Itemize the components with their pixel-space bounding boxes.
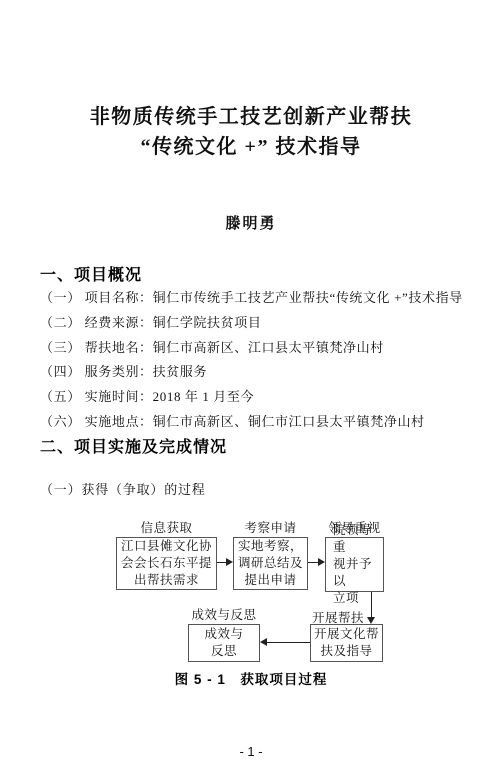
overview-item: （三） 帮扶地名：铜仁市高新区、江口县太平镇梵净山村 — [40, 336, 476, 361]
overview-item: （五） 实施时间：2018 年 1 月至今 — [40, 385, 476, 410]
arrow-right-icon — [318, 558, 325, 566]
author-name: 滕明勇 — [0, 212, 502, 233]
arrow-line-3 — [266, 642, 310, 643]
overview-item: （四） 服务类别：扶贫服务 — [40, 360, 476, 385]
arrow-left-icon — [260, 638, 267, 646]
document-page: 非物质传统手工技艺创新产业帮扶 “传统文化 +” 技术指导 滕明勇 一、项目概况… — [0, 0, 502, 779]
flowchart-label-results-reflection: 成效与反思 — [188, 605, 260, 623]
flowchart-node-carry-out-assistance: 开展文化帮 扶及指导 — [310, 624, 383, 662]
flowchart-node-inspection-application: 实地考察， 调研总结及 提出申请 — [233, 537, 308, 590]
section-2-heading: 二、项目实施及完成情况 — [40, 434, 227, 457]
figure-caption: 图 5 - 1 获取项目过程 — [0, 668, 502, 688]
flowchart-label-info-acquisition: 信息获取 — [116, 518, 217, 536]
arrow-line-down — [371, 592, 372, 617]
overview-item: （六） 实施地点：铜仁市高新区、铜仁市江口县太平镇梵净山村 — [40, 410, 476, 435]
flowchart-node-info-acquisition: 江口县傩文化协 会会长石东平提 出帮扶需求 — [116, 537, 217, 590]
arrow-down-icon — [367, 617, 375, 624]
overview-item: （一） 项目名称：铜仁市传统手工技艺产业帮扶“传统文化 +”技术指导 — [40, 286, 476, 311]
section-2-subheading: （一）获得（争取）的过程 — [40, 479, 206, 498]
flowchart-node-results-reflection: 成效与 反思 — [188, 624, 260, 662]
document-title-line2: “传统文化 +” 技术指导 — [0, 130, 502, 159]
page-number: - 1 - — [0, 744, 502, 759]
document-title-line1: 非物质传统手工技艺创新产业帮扶 — [0, 100, 502, 129]
overview-item-list: （一） 项目名称：铜仁市传统手工技艺产业帮扶“传统文化 +”技术指导 （二） 经… — [40, 286, 476, 435]
arrow-right-icon — [226, 558, 233, 566]
flowchart-label-inspection-application: 考察申请 — [233, 518, 308, 536]
flowchart-node-leadership-attention: 院领导重 视并予以 立项 — [325, 537, 384, 592]
overview-item: （二） 经费来源：铜仁学院扶贫项目 — [40, 311, 476, 336]
section-1-heading: 一、项目概况 — [40, 262, 142, 285]
